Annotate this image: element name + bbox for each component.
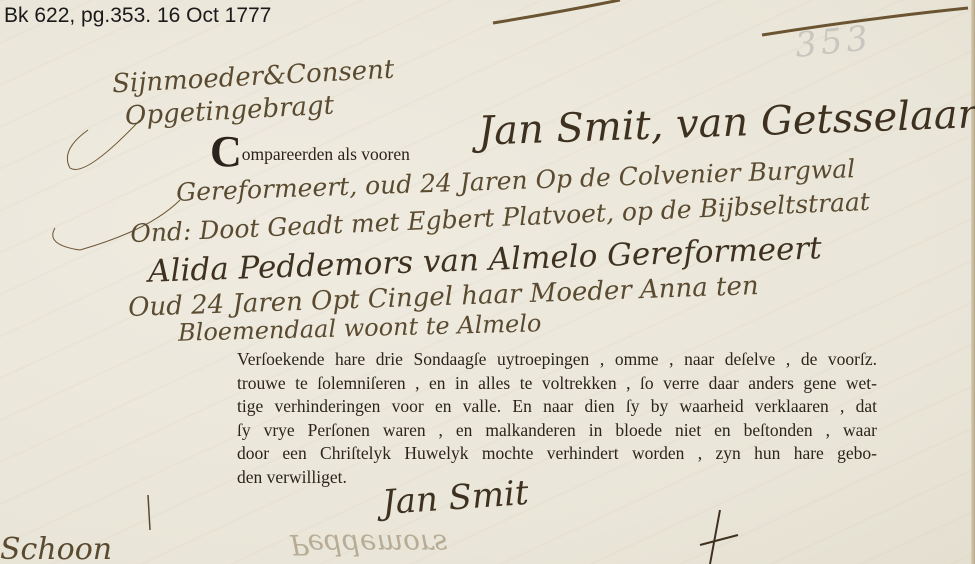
printed-header: Compareerden als vooren (210, 126, 410, 177)
printed-line: Verſoekende hare drie Sondaagſe uytroepi… (237, 348, 877, 372)
printed-line: tige verhinderingen voor en valle. En na… (237, 395, 877, 419)
drop-cap: C (210, 127, 242, 176)
page-edge (971, 0, 975, 564)
document-caption: Bk 622, pg.353. 16 Oct 1777 (4, 4, 271, 28)
printed-header-text: ompareerden als vooren (242, 144, 410, 164)
printed-line: trouwe te ſolemniſeren , en in alles te … (237, 372, 877, 396)
printed-line: door een Chriſtelyk Huwelyk mochte verhi… (237, 442, 877, 466)
printed-body: Verſoekende hare drie Sondaagſe uytroepi… (237, 348, 877, 490)
printed-line: den verwilliget. (237, 466, 877, 490)
bleed-through-left: Schoon (0, 532, 112, 564)
bleed-through-center: Peddemors (290, 528, 448, 561)
folio-number: 353 (793, 18, 874, 66)
printed-line: ſy vrye Perſonen waren , en malkanderen … (237, 419, 877, 443)
